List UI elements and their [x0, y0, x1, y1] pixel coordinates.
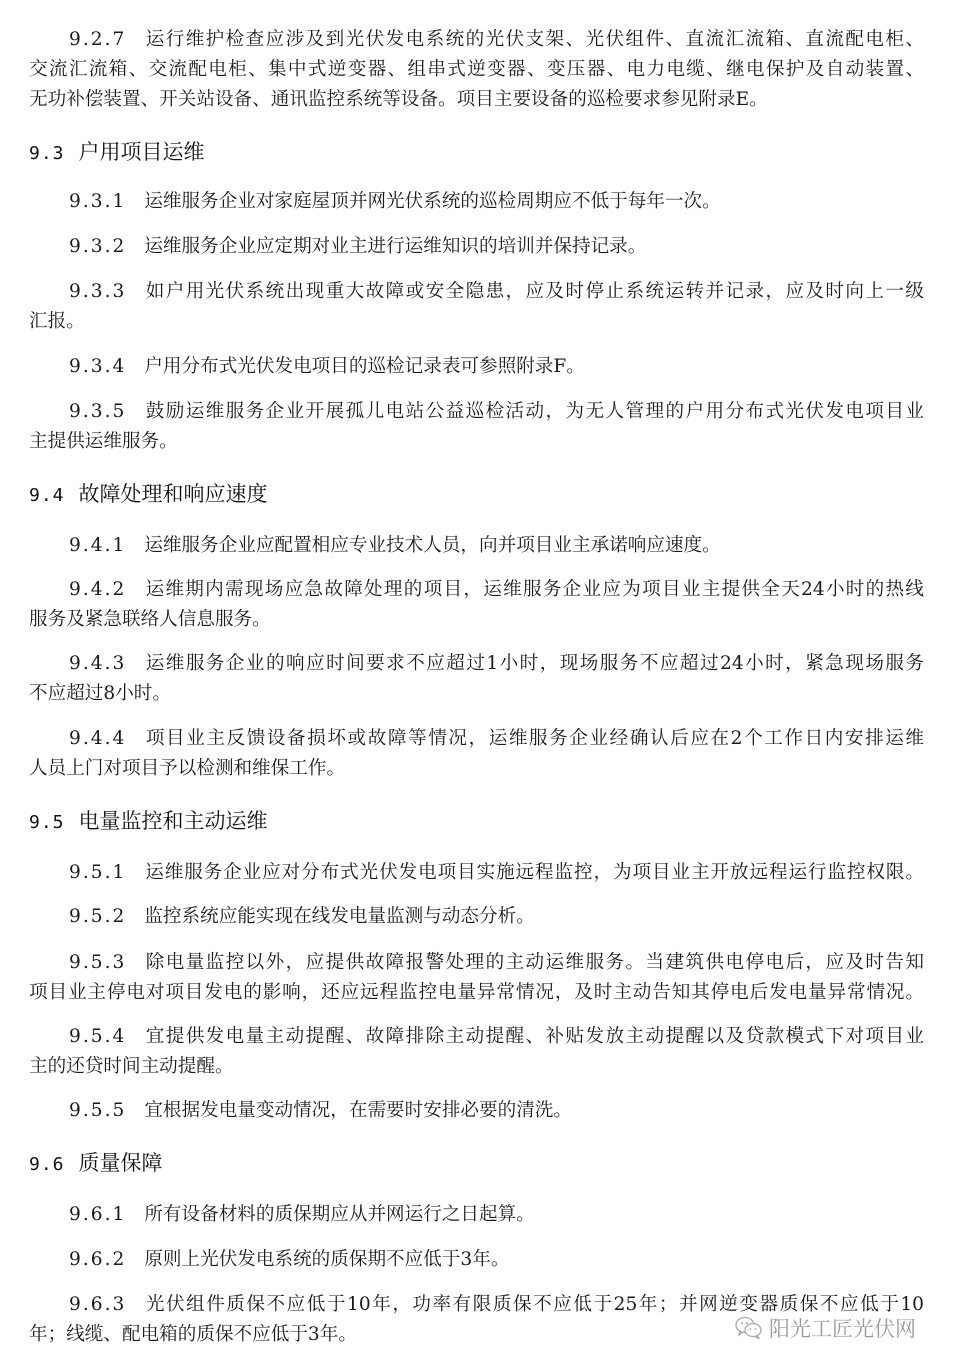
- clause-9-5-3-line-2: 项目业主停电对项目发电的影响，还应远程监控电量异常情况，及时主动告知其停电后发电…: [29, 978, 924, 1008]
- clause-text: 运行维护检查应涉及到光伏发电系统的光伏支架、光伏组件、直流汇流箱、直流配电柜、: [144, 29, 924, 50]
- clause-9-4-3-line-1: 9.4.3运维服务企业的响应时间要求不应超过1小时，现场服务不应超过24小时，紧…: [69, 649, 924, 679]
- section-number: 9.4: [29, 485, 65, 506]
- clause-number: 9.6.1: [69, 1200, 126, 1230]
- watermark-text: 阳光工匠光伏网: [769, 1313, 916, 1343]
- section-heading-9-3: 9.3户用项目运维: [29, 136, 205, 168]
- clause-9-3-2: 9.3.2运维服务企业应定期对业主进行运维知识的培训并保持记录。: [69, 232, 924, 262]
- clause-text: 监控系统应能实现在线发电量监测与动态分析。: [144, 906, 534, 927]
- section-number: 9.6: [29, 1154, 65, 1175]
- section-number: 9.3: [29, 143, 65, 164]
- watermark: 阳光工匠光伏网: [735, 1312, 916, 1344]
- clause-9-4-3-line-2: 不应超过8小时。: [29, 679, 924, 709]
- clause-text: 运维服务企业应配置相应专业技术人员，向并项目业主承诺响应速度。: [144, 535, 720, 556]
- clause-number: 9.3.4: [69, 352, 126, 382]
- clause-number: 9.2.7: [69, 25, 126, 55]
- clause-9-3-3-line-2: 汇报。: [29, 307, 924, 337]
- clause-number: 9.3.1: [69, 187, 126, 217]
- clause-9-5-1: 9.5.1运维服务企业应对分布式光伏发电项目实施远程监控，为项目业主开放远程运行…: [69, 858, 924, 888]
- clause-9-3-3-line-1: 9.3.3如户用光伏系统出现重大故障或安全隐患，应及时停止系统运转并记录，应及时…: [69, 277, 924, 307]
- clause-text: 宜提供发电量主动提醒、故障排除主动提醒、补贴发放主动提醒以及贷款模式下对项目业: [144, 1026, 924, 1047]
- section-title: 户用项目运维: [79, 140, 205, 164]
- clause-number: 9.6.3: [69, 1290, 126, 1320]
- clause-9-3-5-line-1: 9.3.5鼓励运维服务企业开展孤儿电站公益巡检活动，为无人管理的户用分布式光伏发…: [69, 397, 924, 427]
- clause-text: 运维服务企业应对分布式光伏发电项目实施远程监控，为项目业主开放远程运行监控权限。: [144, 862, 924, 883]
- clause-number: 9.5.4: [69, 1022, 126, 1052]
- section-heading-9-4: 9.4故障处理和响应速度: [29, 478, 268, 510]
- clause-number: 9.4.1: [69, 531, 126, 561]
- clause-9-2-7-line-3: 无功补偿装置、开关站设备、通讯监控系统等设备。项目主要设备的巡检要求参见附录E。: [29, 85, 924, 115]
- section-title: 故障处理和响应速度: [79, 482, 268, 506]
- clause-9-5-4-line-1: 9.5.4宜提供发电量主动提醒、故障排除主动提醒、补贴发放主动提醒以及贷款模式下…: [69, 1022, 924, 1052]
- clause-9-4-4-line-1: 9.4.4项目业主反馈设备损坏或故障等情况，运维服务企业经确认后应在2个工作日内…: [69, 724, 924, 754]
- section-title: 电量监控和主动运维: [79, 809, 268, 833]
- clause-9-4-1: 9.4.1运维服务企业应配置相应专业技术人员，向并项目业主承诺响应速度。: [69, 531, 924, 561]
- clause-text: 户用分布式光伏发电项目的巡检记录表可参照附录F。: [144, 356, 585, 377]
- clause-9-5-3-line-1: 9.5.3除电量监控以外，应提供故障报警处理的主动运维服务。当建筑供电停电后，应…: [69, 948, 924, 978]
- clause-9-5-5: 9.5.5宜根据发电量变动情况，在需要时安排必要的清洗。: [69, 1096, 924, 1126]
- wechat-icon: [735, 1316, 763, 1340]
- clause-number: 9.3.3: [69, 277, 126, 307]
- clause-text: 宜根据发电量变动情况，在需要时安排必要的清洗。: [144, 1100, 572, 1121]
- clause-number: 9.3.2: [69, 232, 126, 262]
- clause-number: 9.4.4: [69, 724, 126, 754]
- clause-text: 原则上光伏发电系统的质保期不应低于3年。: [144, 1249, 509, 1270]
- clause-number: 9.5.2: [69, 902, 126, 932]
- clause-text: 运维服务企业对家庭屋顶并网光伏系统的巡检周期应不低于每年一次。: [144, 191, 720, 212]
- clause-text: 运维期内需现场应急故障处理的项目，运维服务企业应为项目业主提供全天24小时的热线: [144, 579, 924, 600]
- clause-text: 运维服务企业的响应时间要求不应超过1小时，现场服务不应超过24小时，紧急现场服务: [144, 653, 924, 674]
- clause-number: 9.6.2: [69, 1245, 126, 1275]
- clause-number: 9.5.3: [69, 948, 126, 978]
- clause-number: 9.5.1: [69, 858, 126, 888]
- clause-text: 所有设备材料的质保期应从并网运行之日起算。: [144, 1204, 534, 1225]
- clause-9-3-1: 9.3.1运维服务企业对家庭屋顶并网光伏系统的巡检周期应不低于每年一次。: [69, 187, 924, 217]
- section-title: 质量保障: [79, 1151, 163, 1175]
- clause-number: 9.4.2: [69, 575, 126, 605]
- clause-text: 除电量监控以外，应提供故障报警处理的主动运维服务。当建筑供电停电后，应及时告知: [144, 952, 924, 973]
- clause-text: 如户用光伏系统出现重大故障或安全隐患，应及时停止系统运转并记录，应及时向上一级: [144, 281, 924, 302]
- clause-9-2-7-line-2: 交流汇流箱、交流配电柜、集中式逆变器、组串式逆变器、变压器、电力电缆、继电保护及…: [29, 55, 924, 85]
- clause-text: 运维服务企业应定期对业主进行运维知识的培训并保持记录。: [144, 236, 646, 257]
- section-heading-9-5: 9.5电量监控和主动运维: [29, 805, 268, 837]
- section-number: 9.5: [29, 812, 65, 833]
- section-heading-9-6: 9.6质量保障: [29, 1147, 163, 1179]
- clause-number: 9.3.5: [69, 397, 126, 427]
- clause-9-4-2-line-1: 9.4.2运维期内需现场应急故障处理的项目，运维服务企业应为项目业主提供全天24…: [69, 575, 924, 605]
- clause-9-3-5-line-2: 主提供运维服务。: [29, 427, 924, 457]
- clause-number: 9.4.3: [69, 649, 126, 679]
- clause-number: 9.5.5: [69, 1096, 126, 1126]
- clause-9-6-1: 9.6.1所有设备材料的质保期应从并网运行之日起算。: [69, 1200, 924, 1230]
- clause-9-6-2: 9.6.2原则上光伏发电系统的质保期不应低于3年。: [69, 1245, 924, 1275]
- clause-text: 项目业主反馈设备损坏或故障等情况，运维服务企业经确认后应在2个工作日内安排运维: [144, 728, 924, 749]
- clause-9-5-4-line-2: 主的还贷时间主动提醒。: [29, 1052, 924, 1082]
- clause-9-3-4: 9.3.4户用分布式光伏发电项目的巡检记录表可参照附录F。: [69, 352, 924, 382]
- clause-9-5-2: 9.5.2监控系统应能实现在线发电量监测与动态分析。: [69, 902, 924, 932]
- clause-9-2-7-line-1: 9.2.7运行维护检查应涉及到光伏发电系统的光伏支架、光伏组件、直流汇流箱、直流…: [69, 25, 924, 55]
- clause-text: 鼓励运维服务企业开展孤儿电站公益巡检活动，为无人管理的户用分布式光伏发电项目业: [144, 401, 924, 422]
- clause-9-4-4-line-2: 人员上门对项目予以检测和维保工作。: [29, 754, 924, 784]
- clause-9-4-2-line-2: 服务及紧急联络人信息服务。: [29, 605, 924, 635]
